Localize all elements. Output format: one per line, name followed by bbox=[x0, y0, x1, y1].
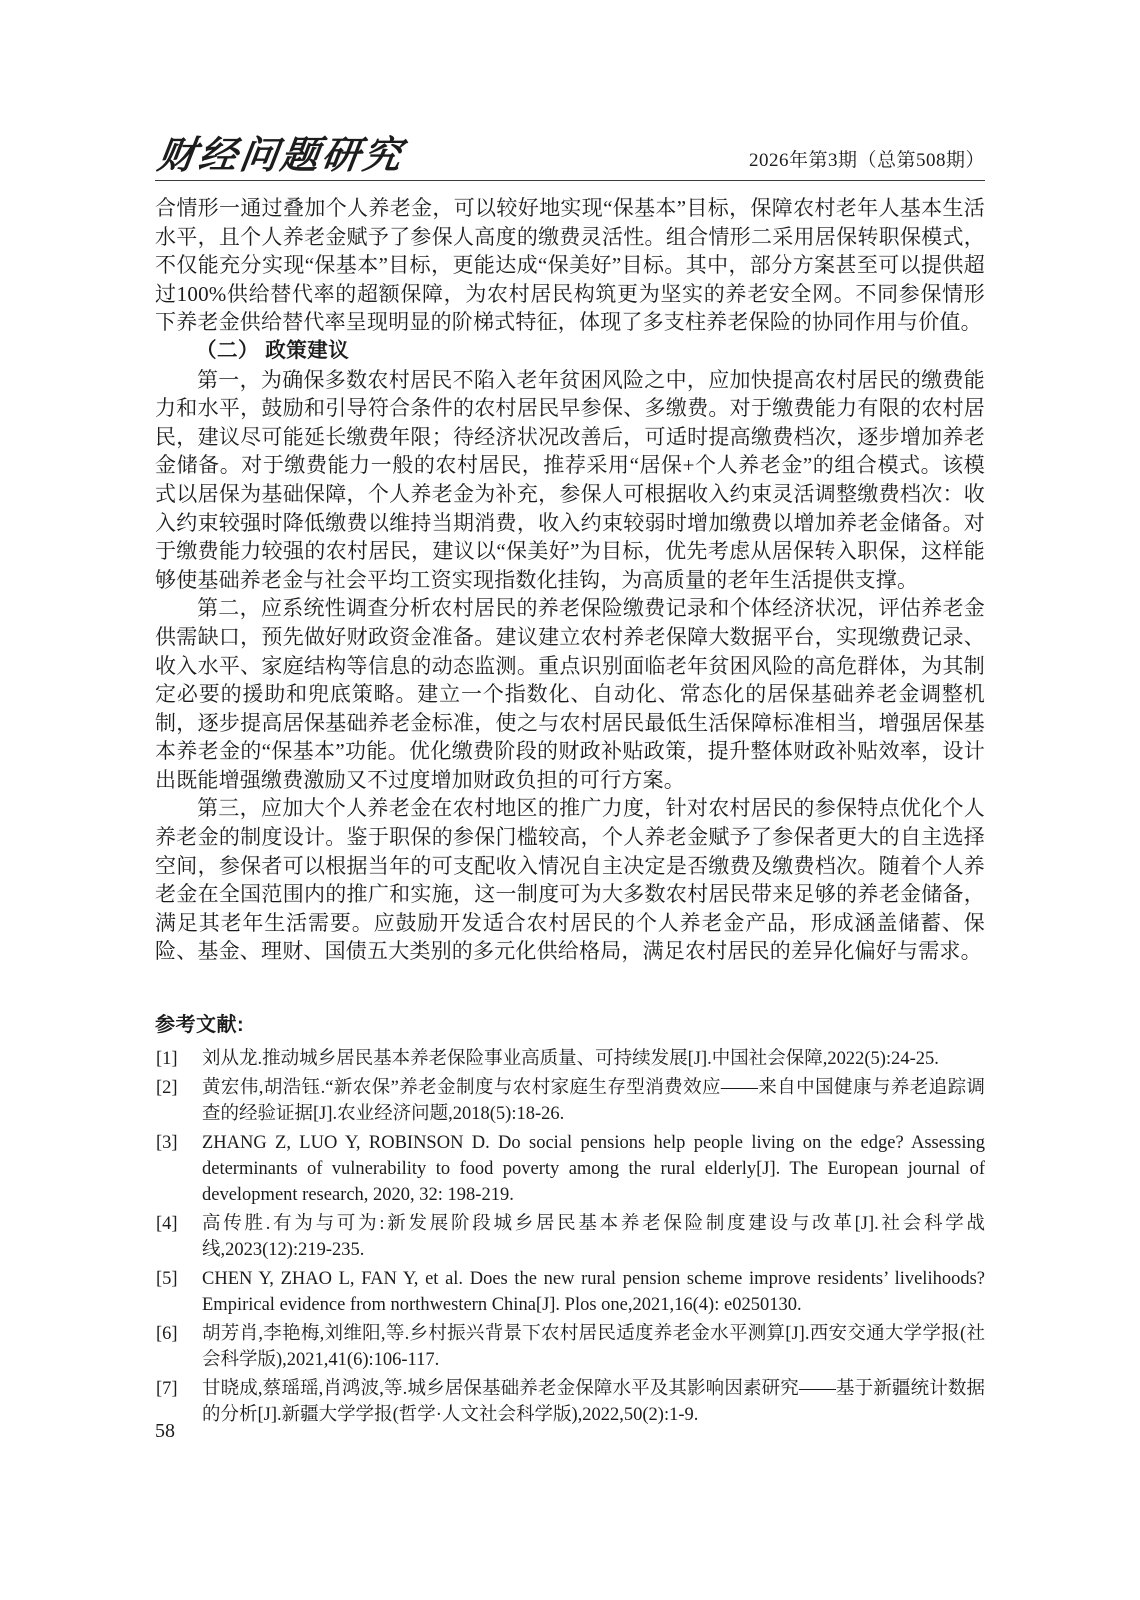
paragraph-continuation: 合情形一通过叠加个人养老金，可以较好地实现“保基本”目标，保障农村老年人基本生活… bbox=[155, 194, 985, 337]
reference-number: [1] bbox=[156, 1046, 178, 1072]
reference-number: [7] bbox=[156, 1376, 178, 1402]
reference-text: 黄宏伟,胡浩钰.“新农保”养老金制度与农村家庭生存型消费效应——来自中国健康与养… bbox=[202, 1078, 985, 1124]
reference-number: [2] bbox=[156, 1075, 178, 1101]
header-divider bbox=[155, 180, 985, 181]
page-header: 财经问题研究 2026年第3期（总第508期） bbox=[155, 128, 985, 176]
reference-number: [4] bbox=[156, 1211, 178, 1237]
issue-info: 2026年第3期（总第508期） bbox=[749, 145, 985, 176]
reference-text: 胡芳肖,李艳梅,刘维阳,等.乡村振兴背景下农村居民适度养老金水平测算[J].西安… bbox=[202, 1324, 985, 1370]
reference-number: [6] bbox=[156, 1321, 178, 1347]
reference-text: CHEN Y, ZHAO L, FAN Y, et al. Does the n… bbox=[202, 1269, 985, 1315]
reference-item: [3] ZHANG Z, LUO Y, ROBINSON D. Do socia… bbox=[155, 1130, 985, 1208]
reference-item: [4] 高传胜.有为与可为:新发展阶段城乡居民基本养老保险制度建设与改革[J].… bbox=[155, 1211, 985, 1263]
reference-item: [5] CHEN Y, ZHAO L, FAN Y, et al. Does t… bbox=[155, 1266, 985, 1318]
reference-number: [5] bbox=[156, 1266, 178, 1292]
reference-text: 刘从龙.推动城乡居民基本养老保险事业高质量、可持续发展[J].中国社会保障,20… bbox=[202, 1049, 939, 1069]
section-heading: （二） 政策建议 bbox=[155, 337, 985, 366]
references-heading: 参考文献: bbox=[155, 1008, 985, 1037]
reference-text: 高传胜.有为与可为:新发展阶段城乡居民基本养老保险制度建设与改革[J].社会科学… bbox=[202, 1214, 985, 1260]
paragraph-third: 第三，应加大个人养老金在农村地区的推广力度，针对农村居民的参保特点优化个人养老金… bbox=[155, 794, 985, 966]
reference-item: [6] 胡芳肖,李艳梅,刘维阳,等.乡村振兴背景下农村居民适度养老金水平测算[J… bbox=[155, 1321, 985, 1373]
reference-item: [7] 甘晓成,蔡瑶瑶,肖鸿波,等.城乡居保基础养老金保障水平及其影响因素研究—… bbox=[155, 1376, 985, 1428]
article-body: 合情形一通过叠加个人养老金，可以较好地实现“保基本”目标，保障农村老年人基本生活… bbox=[155, 194, 985, 966]
page-number: 58 bbox=[155, 1420, 175, 1443]
reference-number: [3] bbox=[156, 1130, 178, 1156]
references-list: [1] 刘从龙.推动城乡居民基本养老保险事业高质量、可持续发展[J].中国社会保… bbox=[155, 1046, 985, 1428]
reference-text: ZHANG Z, LUO Y, ROBINSON D. Do social pe… bbox=[202, 1133, 985, 1205]
paragraph-second: 第二，应系统性调查分析农村居民的养老保险缴费记录和个体经济状况，评估养老金供需缺… bbox=[155, 594, 985, 794]
references-section: 参考文献: [1] 刘从龙.推动城乡居民基本养老保险事业高质量、可持续发展[J]… bbox=[155, 1008, 985, 1428]
reference-item: [2] 黄宏伟,胡浩钰.“新农保”养老金制度与农村家庭生存型消费效应——来自中国… bbox=[155, 1075, 985, 1127]
paragraph-first: 第一，为确保多数农村居民不陷入老年贫困风险之中，应加快提高农村居民的缴费能力和水… bbox=[155, 366, 985, 595]
reference-item: [1] 刘从龙.推动城乡居民基本养老保险事业高质量、可持续发展[J].中国社会保… bbox=[155, 1046, 985, 1072]
journal-page: 财经问题研究 2026年第3期（总第508期） 合情形一通过叠加个人养老金，可以… bbox=[0, 0, 1140, 1600]
reference-text: 甘晓成,蔡瑶瑶,肖鸿波,等.城乡居保基础养老金保障水平及其影响因素研究——基于新… bbox=[202, 1379, 985, 1425]
journal-logo: 财经问题研究 bbox=[155, 136, 407, 176]
